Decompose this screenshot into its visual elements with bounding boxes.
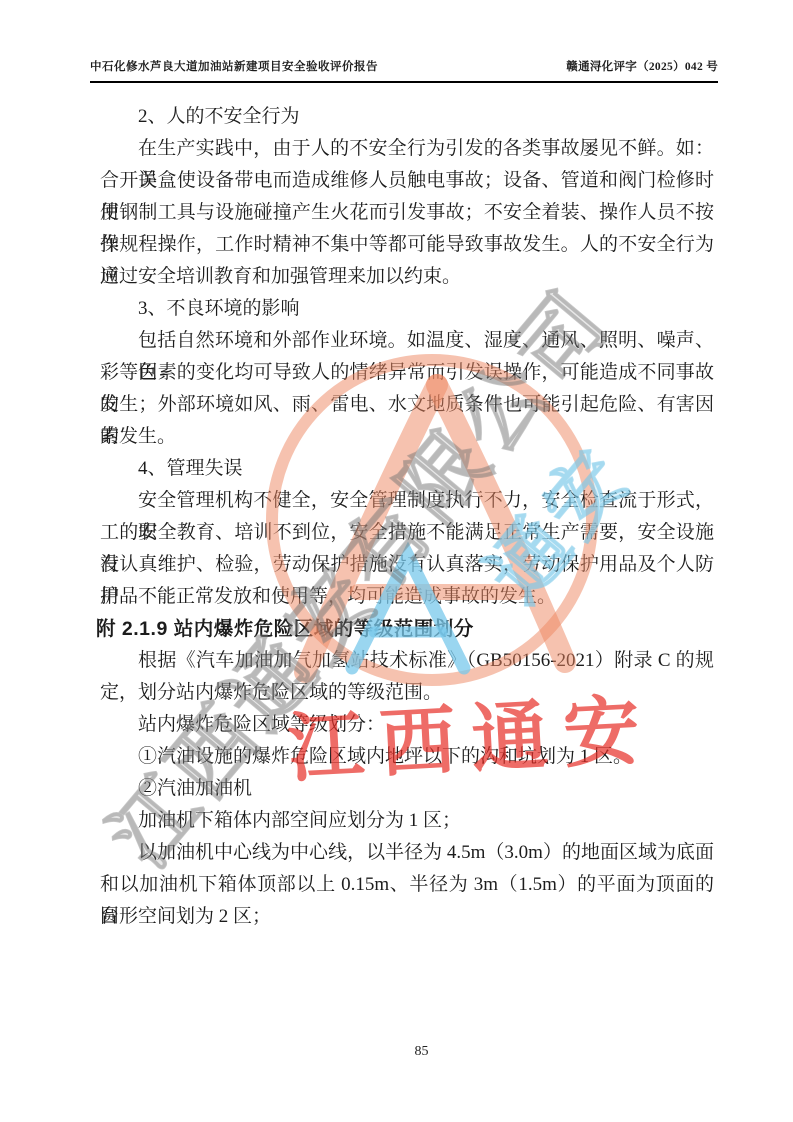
text-line: 以加油机中心线为中心线，以半径为 4.5m（3.0m）的地面区域为底面 xyxy=(100,837,714,869)
header-doc-number: 赣通浔化评字（2025）042 号 xyxy=(566,58,718,74)
document-body: 2、人的不安全行为 在生产实践中，由于人的不安全行为引发的各类事故屡见不鲜。如：… xyxy=(100,101,714,933)
text-line: 作规程操作，工作时精神不集中等都可能导致事故发生。人的不安全行为应 xyxy=(100,229,714,261)
text-line: ①汽油设施的爆炸危险区域内地坪以下的沟和坑划为 1 区。 xyxy=(100,741,714,773)
text-line: 有认真维护、检验，劳动保护措施没有认真落实，劳动保护用品及个人防护 xyxy=(100,549,714,581)
text-line: 彩等因素的变化均可导致人的情绪异常而引发误操作，可能造成不同事故的 xyxy=(100,357,714,389)
text-line: 台形空间划为 2 区； xyxy=(100,901,714,933)
section-heading: 附 2.1.9 站内爆炸危险区域的等级范围划分 xyxy=(96,613,714,645)
text-line: 站内爆炸危险区域等级划分： xyxy=(100,709,714,741)
text-line: 在生产实践中，由于人的不安全行为引发的各类事故屡见不鲜。如：误 xyxy=(100,133,714,165)
text-line: 定，划分站内爆炸危险区域的等级范围。 xyxy=(100,677,714,709)
text-line: ②汽油加油机 xyxy=(100,773,714,805)
document-page: 中石化修水芦良大道加油站新建项目安全验收评价报告 赣通浔化评字（2025）042… xyxy=(0,0,793,1122)
page-header: 中石化修水芦良大道加油站新建项目安全验收评价报告 赣通浔化评字（2025）042… xyxy=(90,58,718,83)
text-line: 加油机下箱体内部空间应划分为 1 区； xyxy=(100,805,714,837)
header-report-title: 中石化修水芦良大道加油站新建项目安全验收评价报告 xyxy=(90,58,378,74)
text-line: 用品不能正常发放和使用等，均可能造成事故的发生。 xyxy=(100,581,714,613)
text-line: 用钢制工具与设施碰撞产生火花而引发事故；不安全着装、操作人员不按操 xyxy=(100,197,714,229)
text-line: 发生；外部环境如风、雨、雷电、水文地质条件也可能引起危险、有害因素 xyxy=(100,389,714,421)
text-line: 根据《汽车加油加气加氢站技术标准》（GB50156-2021）附录 C 的规 xyxy=(100,645,714,677)
text-line: 2、人的不安全行为 xyxy=(100,101,714,133)
text-line: 和以加油机下箱体顶部以上 0.15m、半径为 3m（1.5m）的平面为顶面的圆 xyxy=(100,869,714,901)
text-line: 的发生。 xyxy=(100,421,714,453)
text-line: 4、管理失误 xyxy=(100,453,714,485)
text-line: 安全管理机构不健全，安全管理制度执行不力，安全检查流于形式，职 xyxy=(100,485,714,517)
text-line: 包括自然环境和外部作业环境。如温度、湿度、通风、照明、噪声、色 xyxy=(100,325,714,357)
text-line: 通过安全培训教育和加强管理来加以约束。 xyxy=(100,261,714,293)
text-line: 合开关盒使设备带电而造成维修人员触电事故；设备、管道和阀门检修时使 xyxy=(100,165,714,197)
text-line: 3、不良环境的影响 xyxy=(100,293,714,325)
text-line: 工的安全教育、培训不到位，安全措施不能满足正常生产需要，安全设施没 xyxy=(100,517,714,549)
page-number: 85 xyxy=(0,1044,793,1060)
